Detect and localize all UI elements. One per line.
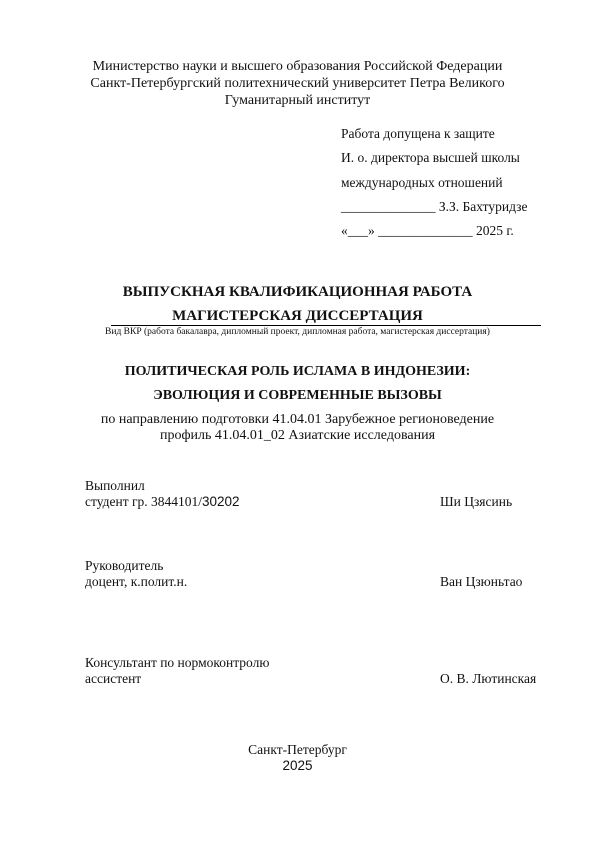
approval-signature-line: ______________ З.З. Бахтуридзе [341, 199, 528, 215]
approval-line-3: международных отношений [341, 175, 503, 191]
topic-line-1: ПОЛИТИЧЕСКАЯ РОЛЬ ИСЛАМА В ИНДОНЕЗИИ: [0, 364, 595, 380]
ministry-name: Министерство науки и высшего образования… [0, 58, 595, 75]
topic-line-2: ЭВОЛЮЦИЯ И СОВРЕМЕННЫЕ ВЫЗОВЫ [0, 388, 595, 404]
profile-line: профиль 41.04.01_02 Азиатские исследован… [0, 428, 595, 444]
signature-position: студент гр. 3844101/30202 [85, 494, 240, 510]
signature-student-name: Ши Цзясинь [440, 494, 512, 510]
signature-role: Выполнил [85, 478, 240, 494]
signature-student: Выполнил студент гр. 3844101/30202 [85, 478, 240, 510]
position-text: студент гр. 3844101/ [85, 494, 202, 509]
signature-consultant: Консультант по нормоконтролю ассистент [85, 655, 269, 687]
signature-role: Консультант по нормоконтролю [85, 655, 269, 671]
work-type-title: ВЫПУСКНАЯ КВАЛИФИКАЦИОННАЯ РАБОТА [0, 284, 595, 301]
university-name: Санкт-Петербургский политехнический унив… [0, 75, 595, 92]
position-text: доцент, к.полит.н. [85, 574, 187, 590]
footer-year: 2025 [0, 758, 595, 774]
approval-line-2: И. о. директора высшей школы [341, 150, 520, 166]
work-type-note: Вид ВКР (работа бакалавра, дипломный про… [0, 327, 595, 337]
approval-line-1: Работа допущена к защите [341, 126, 495, 142]
direction-line: по направлению подготовки 41.04.01 Заруб… [0, 412, 595, 428]
signature-supervisor-name: Ван Цзюньтао [440, 574, 522, 590]
institute-name: Гуманитарный институт [0, 92, 595, 109]
signature-consultant-name: О. В. Лютинская [440, 671, 536, 687]
institution-header: Министерство науки и высшего образования… [0, 58, 595, 109]
signature-supervisor: Руководитель доцент, к.полит.н. [85, 558, 187, 590]
footer: Санкт-Петербург 2025 [0, 742, 595, 774]
work-type-subtitle: МАГИСТЕРСКАЯ ДИССЕРТАЦИЯ [0, 308, 595, 325]
signature-role: Руководитель [85, 558, 187, 574]
group-number: 30202 [202, 494, 240, 509]
direction-block: по направлению подготовки 41.04.01 Заруб… [0, 412, 595, 444]
work-type-underline [111, 325, 541, 326]
footer-city: Санкт-Петербург [0, 742, 595, 758]
position-text: ассистент [85, 671, 269, 687]
approval-date-line: «___» ______________ 2025 г. [341, 223, 514, 239]
